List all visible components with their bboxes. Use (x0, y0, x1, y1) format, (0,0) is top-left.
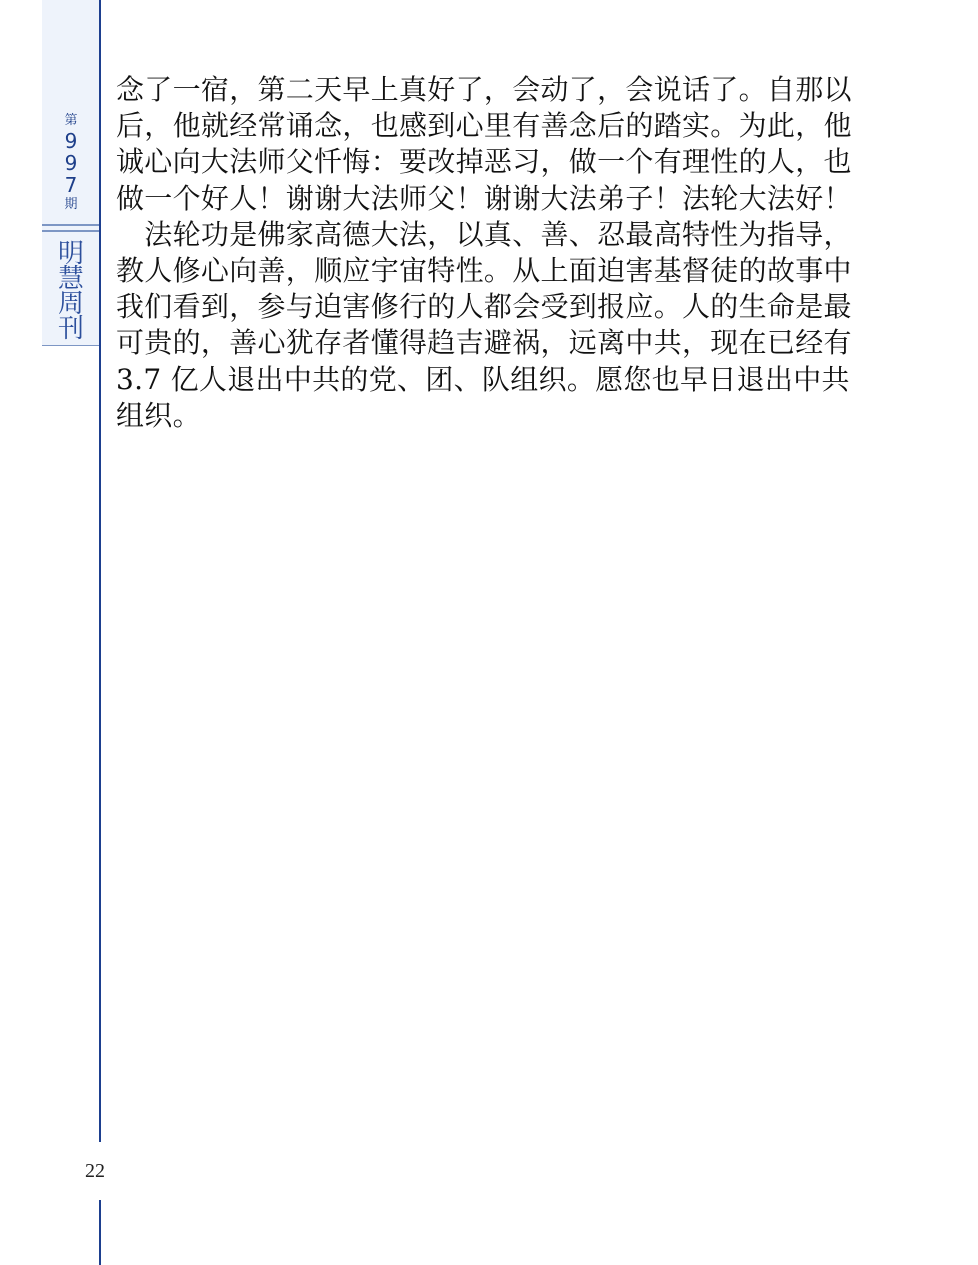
text-line: 诚心向大法师父忏悔：要改掉恶习，做一个有理性的人，也 (116, 144, 866, 180)
issue-suffix: 期 (42, 196, 100, 214)
text-line: 组织。 (116, 398, 866, 434)
margin-rule (99, 1200, 101, 1265)
text-line: 我们看到，参与迫害修行的人都会受到报应。人的生命是最 (116, 289, 866, 325)
text-line: 做一个好人！谢谢大法师父！谢谢大法弟子！法轮大法好！ (116, 181, 866, 217)
issue-prefix: 第 (42, 112, 100, 130)
divider (42, 224, 100, 226)
text-line: 3.7 亿人退出中共的党、团、队组织。愿您也早日退出中共 (116, 362, 866, 398)
text-line: 念了一宿，第二天早上真好了，会动了，会说话了。自那以 (116, 72, 866, 108)
publication-title: 明 慧 周 刊 (42, 242, 100, 342)
text-line: 法轮功是佛家高德大法，以真、善、忍最高特性为指导， (116, 217, 866, 253)
divider (42, 230, 100, 232)
issue-digit: 9 (42, 152, 100, 174)
issue-digit: 7 (42, 174, 100, 196)
page-number: 22 (70, 1160, 120, 1183)
text-line: 可贵的，善心犹存者懂得趋吉避祸，远离中共，现在已经有 (116, 325, 866, 361)
issue-digit: 9 (42, 130, 100, 152)
text-line: 后，他就经常诵念，也感到心里有善念后的踏实。为此，他 (116, 108, 866, 144)
issue-number: 第 9 9 7 期 (42, 112, 100, 214)
text-line: 教人修心向善，顺应宇宙特性。从上面迫害基督徒的故事中 (116, 253, 866, 289)
margin-rule (99, 0, 101, 1142)
title-char: 刊 (42, 317, 100, 342)
body-text: 念了一宿，第二天早上真好了，会动了，会说话了。自那以 后，他就经常诵念，也感到心… (116, 72, 866, 434)
